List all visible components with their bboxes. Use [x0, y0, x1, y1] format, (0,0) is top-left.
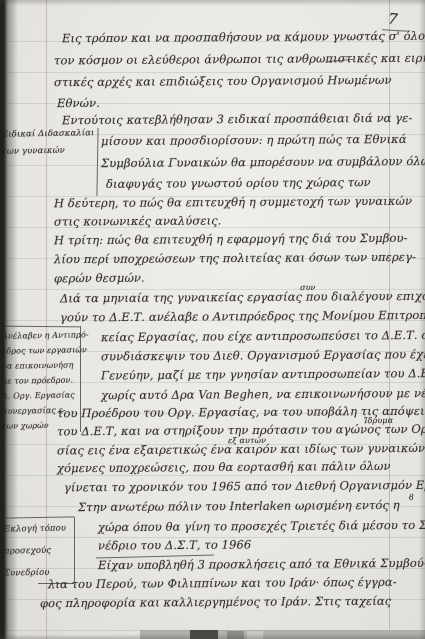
handwriting-line: Διά τα μηνιαία της γυναικείας εργασίας π… [60, 290, 425, 305]
scan-edge-top [0, 0, 425, 6]
interlinear-insert: Ίδρυμα [363, 416, 393, 425]
handwriting-line: Γενεύην, μαζί με την γνησίαν αντιπροσωπε… [101, 367, 425, 382]
handwriting-line: τον κόσμον οι ελεύθεροι άνθρωποι τις ανθ… [54, 52, 425, 67]
handwriting-line: Είχαν υποβληθή 3 προσκλήσεις από τα Εθνι… [98, 557, 425, 571]
scanned-manuscript-page: 7 Εις τρόπον και να προσπαθήσουν να κάμο… [0, 0, 425, 639]
handwriting-line: διαφυγάς του γνωστού ορίου της χώρας των [106, 176, 371, 190]
bracket-1-vertical [96, 128, 98, 196]
scan-edge-bottom [0, 634, 425, 639]
bracket-2-vertical [80, 326, 81, 432]
bracket-3-vertical [74, 517, 75, 583]
handwriting-line: Η τρίτη: πώς θα επιτευχθή η εφαρμογή της… [54, 232, 408, 246]
handwriting-line: συνδιάσκεψιν του Διεθ. Οργανισμού Εργασί… [101, 348, 425, 363]
handwriting-line: στικές αρχές και επιδιώξεις του Οργανισμ… [54, 74, 392, 88]
handwriting-line: λια του Περού, των Φιλιππίνων και του Ιρ… [48, 576, 397, 590]
interlinear-insert: εξ αυτών [228, 436, 266, 445]
handwriting-line: φος πληροφορία και καλλιεργημένος το Ιρά… [40, 595, 391, 609]
handwriting-line: κείας Εργασίας, που είχε αντιπροσωπεύσει… [101, 329, 425, 343]
interlinear-insert: συν [300, 283, 316, 292]
handwriting-line: Συμβούλια Γυναικών θα μπορέσουν να συμβά… [101, 155, 425, 169]
handwriting-line: φερών θεσμών. [54, 272, 145, 285]
handwriting-line: γούν το Δ.Ε.Τ. ανέλαβε ο Αντιπρόεδρος τη… [60, 309, 425, 324]
handwriting-line: χωρίς αυτό Δρα Van Beghen, να επικοινωνή… [101, 387, 425, 402]
handwriting-line: Εθνών. [57, 97, 100, 109]
handwriting-line: χόμενες υποχρεώσεις, που θα εορτασθή και… [57, 460, 391, 474]
handwriting-line: μίσουν και προσδιορίσουν: η πρώτη πώς τα… [101, 133, 407, 147]
handwriting-line: Εντούτοις κατεβλήθησαν 3 ειδικαί προσπάθ… [62, 112, 413, 126]
interlinear-insert: ϐ [409, 493, 414, 502]
page-number: 7 [387, 10, 398, 29]
handwriting-line: λίου περί υποχρεώσεων της πολιτείας και … [54, 251, 416, 266]
handwriting-line: νέδριο του Δ.Σ.Τ, το 1966 [98, 538, 251, 551]
scan-edge-right [419, 0, 425, 639]
handwriting-line: χώρα όπου θα γίνη το προσεχές Τριετές δι… [98, 519, 425, 533]
handwriting-line: στις κοινωνικές αναλύσεις. [54, 214, 222, 227]
handwriting-line: Η δεύτερη, το πώς θα επιτευχθή η συμμετο… [54, 195, 412, 209]
handwriting-line: Στην ανωτέρω πόλιν του Interlaken ωρισμέ… [78, 499, 400, 513]
scan-edge-left [0, 0, 18, 639]
handwriting-line: Εις τρόπον και να προσπαθήσουν να κάμουν… [62, 30, 425, 45]
handwriting-line: γίνεται το χρονικόν του 1965 από τον Διε… [64, 479, 425, 494]
bracket-3-bottom [38, 583, 74, 584]
